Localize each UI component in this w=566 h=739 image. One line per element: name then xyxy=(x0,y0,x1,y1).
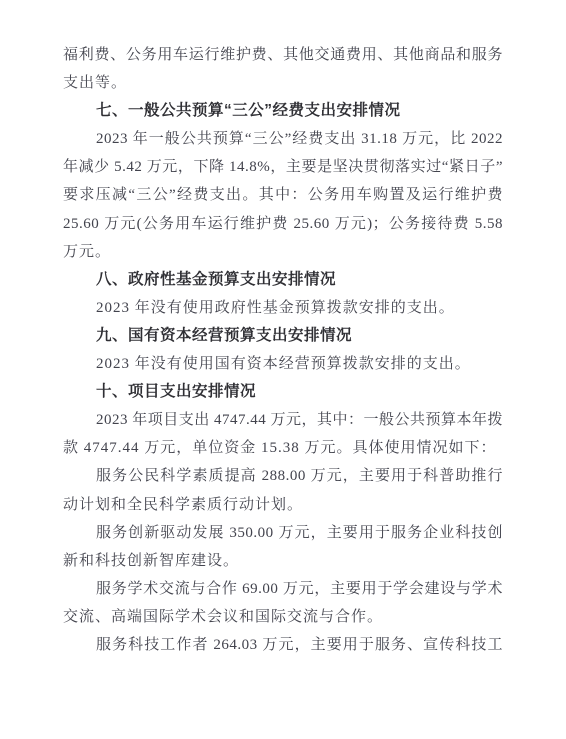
paragraph-line: 交流、高端国际学术会议和国际交流与合作。 xyxy=(63,603,503,631)
paragraph-line: 服务学术交流与合作 69.00 万元，主要用于学会建设与学术 xyxy=(63,575,503,603)
paragraph-line: 福利费、公务用车运行维护费、其他交通费用、其他商品和服务 xyxy=(63,41,503,69)
document-page: 福利费、公务用车运行维护费、其他交通费用、其他商品和服务 支出等。 七、一般公共… xyxy=(0,0,566,739)
paragraph-line: 2023 年没有使用国有资本经营预算拨款安排的支出。 xyxy=(63,350,503,378)
paragraph-line: 25.60 万元(公务用车运行维护费 25.60 万元)；公务接待费 5.58 xyxy=(63,210,503,238)
paragraph-line: 年减少 5.42 万元，下降 14.8%，主要是坚决贯彻落实过“紧日子” xyxy=(63,153,503,181)
paragraph-line: 2023 年没有使用政府性基金预算拨款安排的支出。 xyxy=(63,294,503,322)
section-heading-7: 七、一般公共预算“三公”经费支出安排情况 xyxy=(63,97,503,125)
paragraph-line: 2023 年项目支出 4747.44 万元，其中：一般公共预算本年拨 xyxy=(63,406,503,434)
paragraph-line: 服务公民科学素质提高 288.00 万元，主要用于科普助推行 xyxy=(63,462,503,490)
paragraph-line: 款 4747.44 万元，单位资金 15.38 万元。具体使用情况如下： xyxy=(63,434,503,462)
paragraph-line: 要求压减“三公”经费支出。其中：公务用车购置及运行维护费 xyxy=(63,181,503,209)
paragraph-line: 支出等。 xyxy=(63,69,503,97)
paragraph-line: 2023 年一般公共预算“三公”经费支出 31.18 万元，比 2022 xyxy=(63,125,503,153)
section-heading-9: 九、国有资本经营预算支出安排情况 xyxy=(63,322,503,350)
paragraph-line: 动计划和全民科学素质行动计划。 xyxy=(63,491,503,519)
section-heading-10: 十、项目支出安排情况 xyxy=(63,378,503,406)
section-heading-8: 八、政府性基金预算支出安排情况 xyxy=(63,266,503,294)
paragraph-line: 万元。 xyxy=(63,238,503,266)
paragraph-line: 服务创新驱动发展 350.00 万元，主要用于服务企业科技创 xyxy=(63,519,503,547)
paragraph-line: 新和科技创新智库建设。 xyxy=(63,547,503,575)
paragraph-line: 服务科技工作者 264.03 万元，主要用于服务、宣传科技工 xyxy=(63,631,503,659)
